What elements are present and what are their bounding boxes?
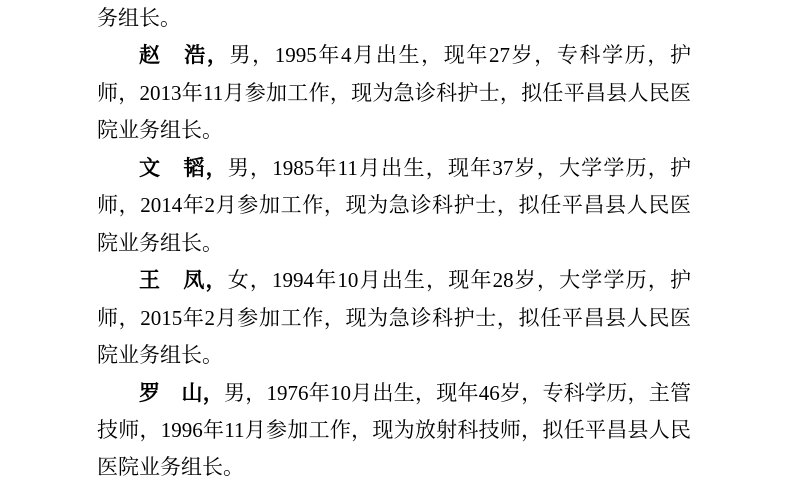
paragraph-person-zhao-hao: 赵 浩，男，1995年4月出生，现年27岁，专科学历，护师，2013年11月参加… [97,37,691,149]
person-name: 罗 山， [139,381,224,405]
paragraph-person-luo-shan: 罗 山，男，1976年10月出生，现年46岁，专科学历，主管技师，1996年11… [97,375,691,487]
person-name: 赵 浩， [139,43,230,67]
person-name: 王 凤， [139,268,228,292]
paragraph-person-wang-feng: 王 凤，女，1994年10月出生，现年28岁，大学学历，护师，2015年2月参加… [97,262,691,374]
document-text-block: 务组长。 赵 浩，男，1995年4月出生，现年27岁，专科学历，护师，2013年… [97,0,691,487]
document-page: 务组长。 赵 浩，男，1995年4月出生，现年27岁，专科学历，护师，2013年… [0,0,791,487]
continuation-text: 务组长。 [97,6,181,30]
paragraph-person-wen-tao: 文 韬，男，1985年11月出生，现年37岁，大学学历，护师，2014年2月参加… [97,150,691,262]
paragraph-continuation: 务组长。 [97,0,691,37]
person-name: 文 韬， [139,156,228,180]
